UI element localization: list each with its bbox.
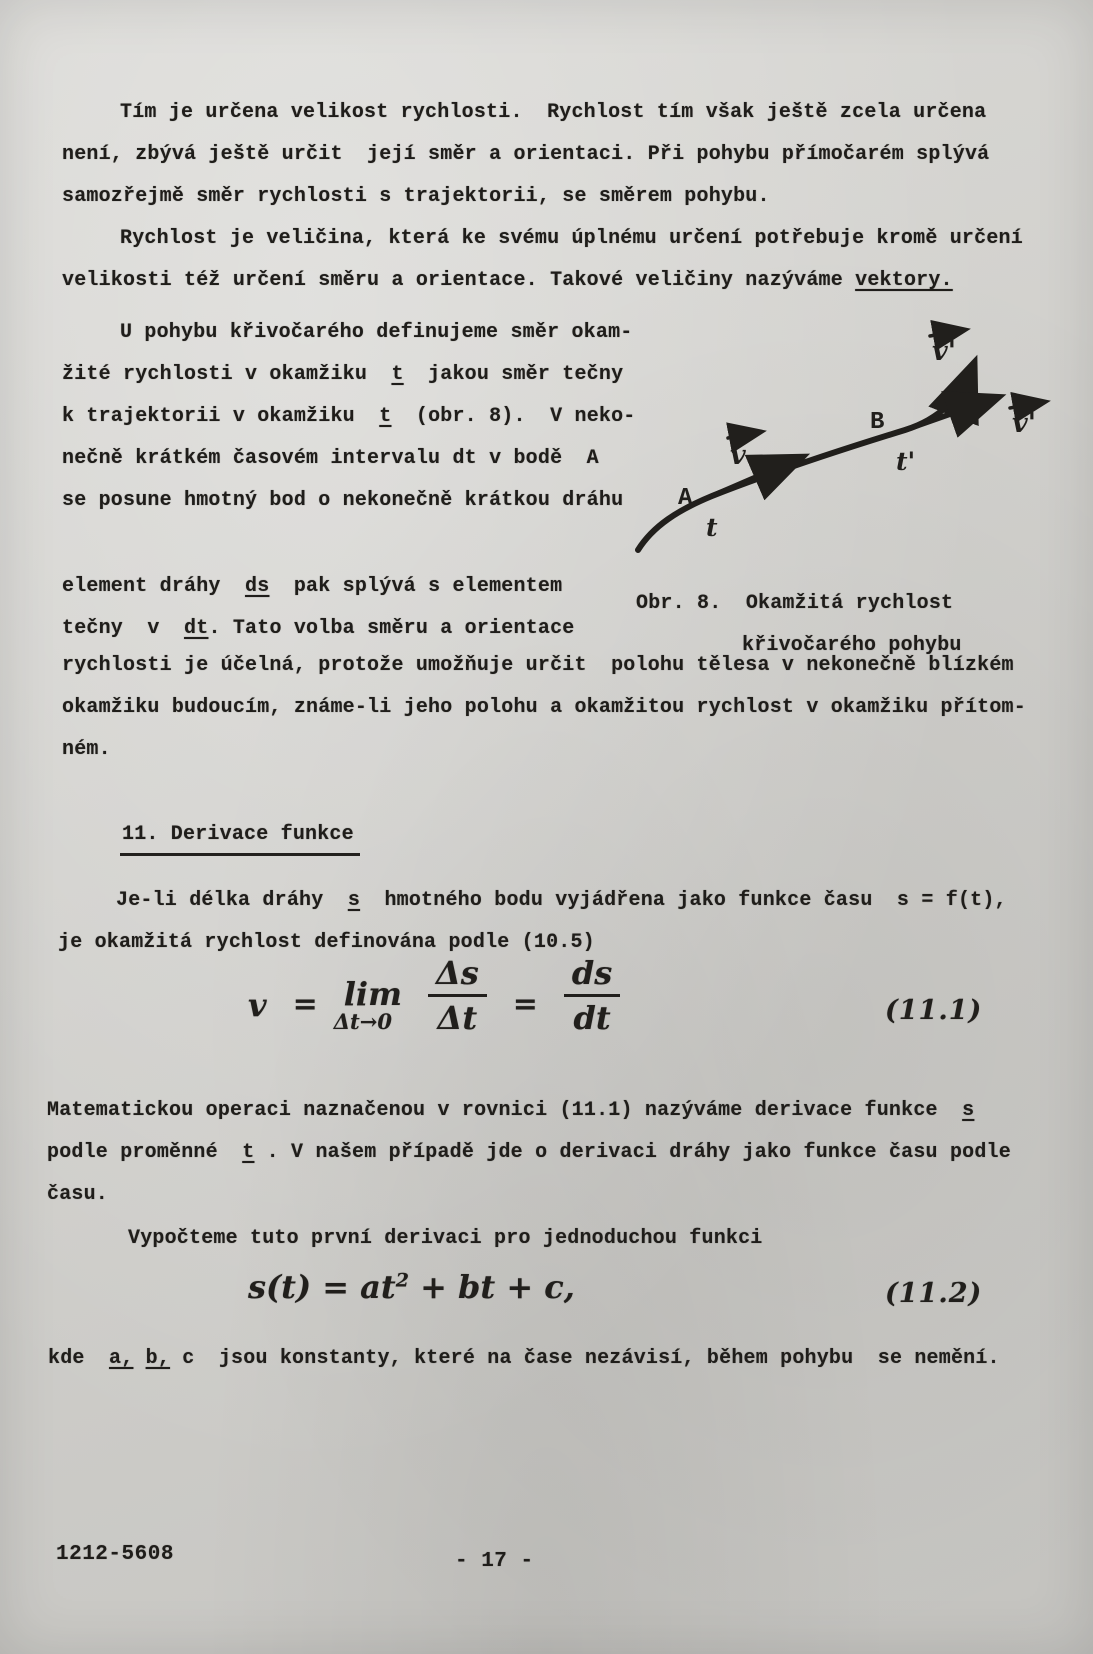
- text-line: Je-li délka dráhy s hmotného bodu vyjádř…: [58, 880, 1058, 922]
- eq1-limit: lim Δt→0: [344, 975, 402, 1034]
- text-line: Rychlost je veličina, která ke svému úpl…: [62, 218, 1052, 260]
- section-heading-text: 11. Derivace funkce: [120, 820, 360, 856]
- eq1-lim-text: lim: [344, 975, 402, 1013]
- text-line: rychlosti je účelná, protože umožňuje ur…: [62, 645, 1062, 687]
- velocity-a-label: v: [730, 440, 746, 471]
- equation-11-1: v = lim Δt→0 Δs Δt = ds dt: [248, 972, 620, 1037]
- text-line: samozřejmě směr rychlosti s trajektorii,…: [62, 176, 1052, 218]
- eq1-frac1-denominator: Δt: [438, 997, 478, 1037]
- paragraph-1: Tím je určena velikost rychlosti. Rychlo…: [62, 92, 1052, 218]
- text-line: podle proměnné t . V našem případě jde o…: [47, 1132, 1057, 1174]
- text-line: nečně krátkém časovém intervalu dt v bod…: [62, 438, 637, 480]
- paragraph-7: Matematickou operaci naznačenou v rovnic…: [47, 1090, 1057, 1216]
- eq1-frac1-numerator: Δs: [428, 954, 487, 997]
- text-line: je okamžitá rychlost definována podle (1…: [58, 922, 1058, 964]
- time-b-label: t': [896, 447, 915, 476]
- text-line: Matematickou operaci naznačenou v rovnic…: [47, 1090, 1057, 1132]
- text-line: Tím je určena velikost rychlosti. Rychlo…: [62, 92, 1052, 134]
- paragraph-9: kde a, b, c jsou konstanty, které na čas…: [48, 1338, 1058, 1380]
- point-b-label: B: [870, 409, 884, 436]
- eq1-frac2-denominator: dt: [574, 997, 611, 1037]
- paragraph-8: Vypočteme tuto první derivaci pro jednod…: [48, 1218, 1048, 1260]
- document-number: 1212-5608: [56, 1543, 174, 1566]
- equation-11-2-label: (11.2): [885, 1278, 982, 1309]
- paragraph-3: U pohybu křivočarého definujeme směr oka…: [62, 312, 637, 522]
- text-line: velikosti též určení směru a orientace. …: [62, 260, 1052, 302]
- tangent-arrow-a: [712, 458, 800, 496]
- time-a-label: t: [706, 513, 718, 542]
- eq1-frac2-numerator: ds: [564, 954, 620, 997]
- velocity-top-label: v': [932, 336, 956, 367]
- text-line: tečny v dt. Tato volba směru a orientace: [62, 608, 637, 650]
- figure-obr-8: A t B t' v v' v': [618, 298, 1078, 558]
- eq2-exponent: 2: [396, 1269, 409, 1291]
- trajectory-figure: A t B t' v v' v': [618, 298, 1078, 558]
- eq1-lhs: v: [248, 986, 267, 1024]
- trajectory-curve: [638, 366, 973, 550]
- text-line: element dráhy ds pak splývá s elementem: [62, 566, 637, 608]
- figure-caption-line-1: Obr. 8. Okamžitá rychlost: [636, 583, 1056, 625]
- text-line: Vypočteme tuto první derivaci pro jednod…: [48, 1218, 1048, 1260]
- eq1-fraction-delta: Δs Δt: [428, 954, 487, 1037]
- velocity-b-label: v': [1012, 408, 1036, 439]
- text-line: času.: [47, 1174, 1057, 1216]
- paragraph-4: element dráhy ds pak splývá s elementem …: [62, 566, 637, 650]
- paragraph-6: Je-li délka dráhy s hmotného bodu vyjádř…: [58, 880, 1058, 964]
- text-line: není, zbývá ještě určit její směr a orie…: [62, 134, 1052, 176]
- eq1-equals: =: [293, 987, 318, 1022]
- section-heading: 11. Derivace funkce: [120, 820, 360, 856]
- document-page: Tím je určena velikost rychlosti. Rychlo…: [0, 0, 1093, 1654]
- text-line: žité rychlosti v okamžiku t jakou směr t…: [62, 354, 637, 396]
- equation-11-2: s(t) = at2 + bt + c,: [248, 1268, 575, 1306]
- paragraph-5: rychlosti je účelná, protože umožňuje ur…: [62, 645, 1062, 771]
- text-line: k trajektorii v okamžiku t (obr. 8). V n…: [62, 396, 637, 438]
- text-line: U pohybu křivočarého definujeme směr oka…: [62, 312, 637, 354]
- eq1-lim-subscript: Δt→0: [334, 1009, 392, 1034]
- equation-11-1-label: (11.1): [885, 995, 982, 1026]
- text-line: kde a, b, c jsou konstanty, které na čas…: [48, 1338, 1058, 1380]
- text-line: se posune hmotný bod o nekonečně krátkou…: [62, 480, 637, 522]
- eq2-body-post: + bt + c,: [409, 1268, 575, 1306]
- paragraph-2: Rychlost je veličina, která ke svému úpl…: [62, 218, 1052, 302]
- eq2-body-pre: s(t) = at: [248, 1268, 396, 1306]
- eq1-equals-2: =: [513, 987, 538, 1022]
- page-number: - 17 -: [455, 1550, 534, 1573]
- eq1-fraction-d: ds dt: [564, 954, 620, 1037]
- point-a-label: A: [678, 485, 693, 512]
- vector-arrow-a-icon: [728, 432, 760, 438]
- text-line: ném.: [62, 729, 1062, 771]
- text-line: okamžiku budoucím, známe-li jeho polohu …: [62, 687, 1062, 729]
